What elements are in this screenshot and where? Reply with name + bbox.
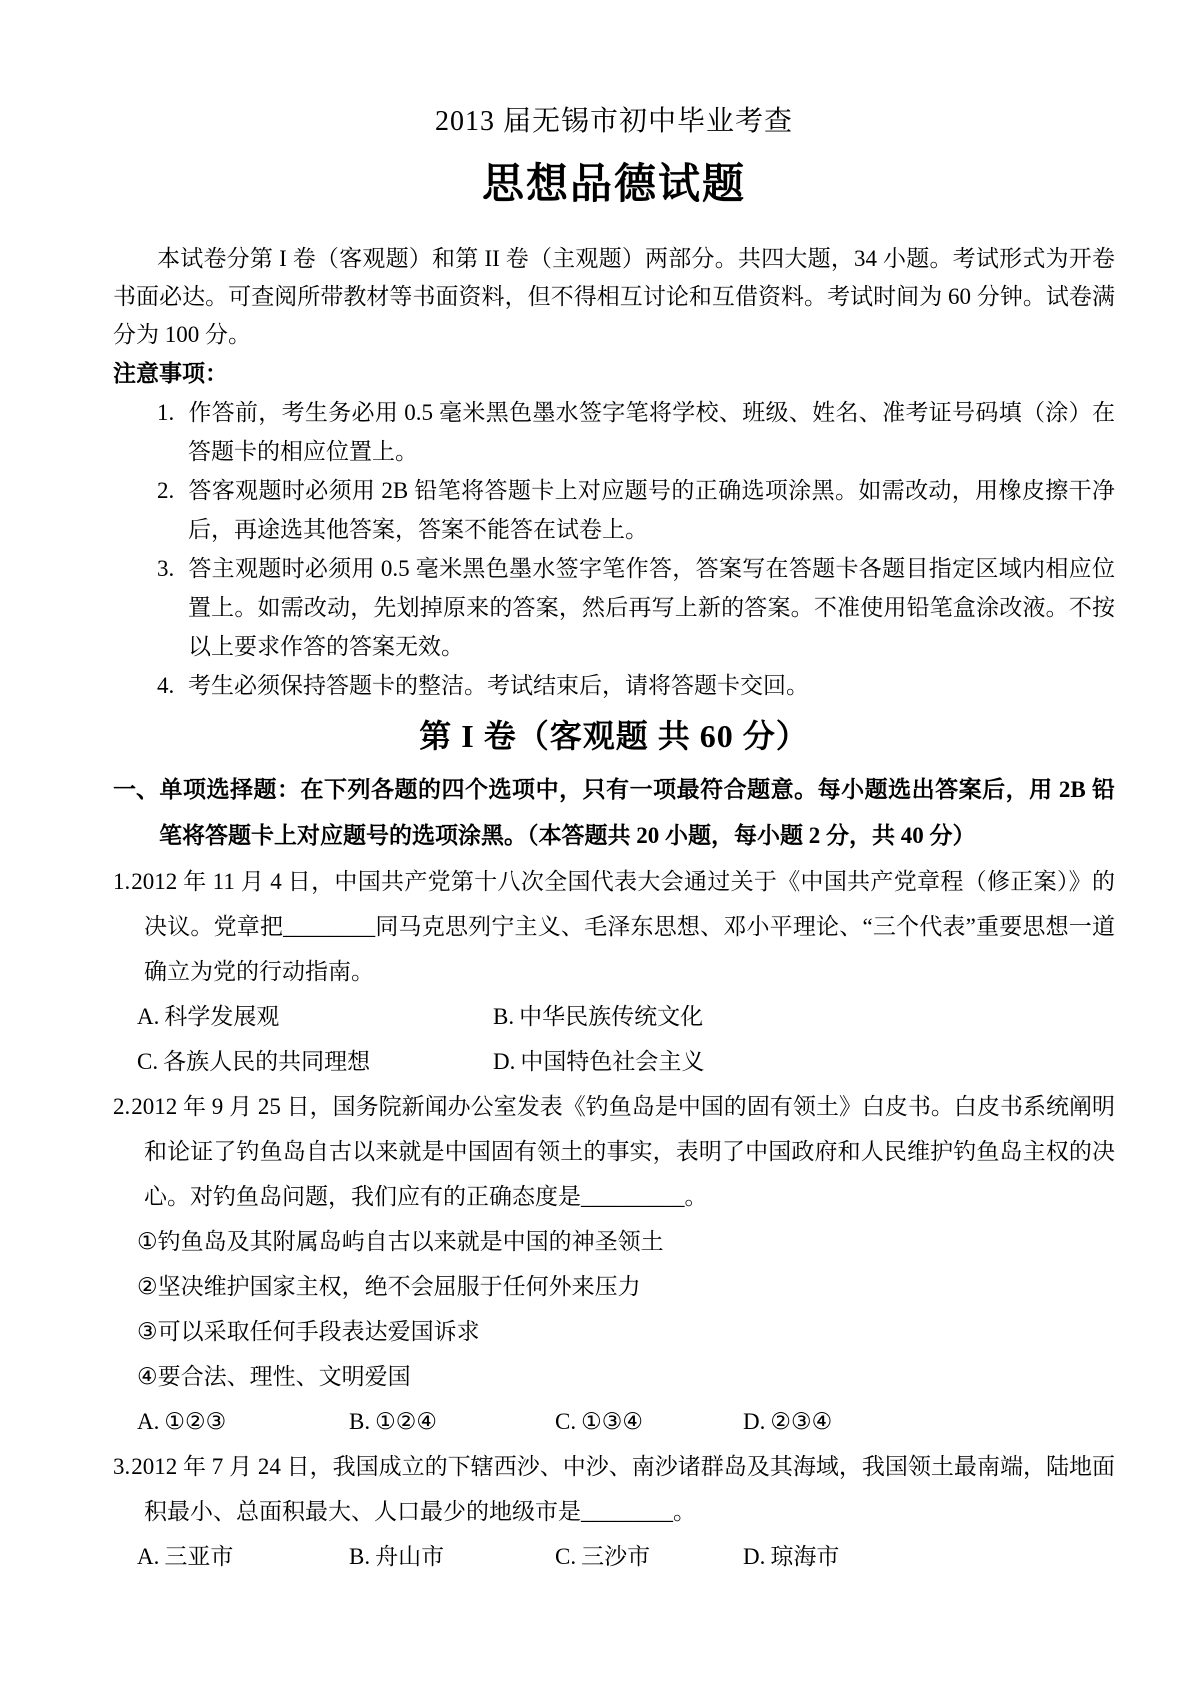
question-1-stem-text: 2012 年 11 月 4 日，中国共产党第十八次全国代表大会通过关于《中国共产… [131,869,1115,984]
question-2-option-c-text: ①③④ [581,1409,643,1434]
question-2-option-d-text: ②③④ [770,1409,832,1434]
exam-paper-page: 2013 届无锡市初中毕业考查 思想品德试题 本试卷分第 I 卷（客观题）和第 … [0,0,1200,1698]
note-item-3-text: 答主观题时必须用 0.5 毫米黑色墨水签字笔作答，答案写在答题卡各题目指定区域内… [188,556,1115,659]
question-3-option-b-label: B. [349,1544,370,1569]
question-2-stem: 2.2012 年 9 月 25 日，国务院新闻办公室发表《钓鱼岛是中国的固有领土… [113,1084,1115,1219]
note-item-2-number: 2. [157,471,188,510]
question-3-option-c-label: C. [555,1544,576,1569]
question-1-number: 1. [113,869,131,894]
question-1-option-d-label: D. [493,1049,515,1074]
question-1-option-b-text: 中华民族传统文化 [519,1004,703,1029]
question-3-option-a-label: A. [137,1544,159,1569]
question-1-option-b-label: B. [493,1004,514,1029]
question-3-option-c-text: 三沙市 [581,1544,650,1569]
question-3-stem: 3.2012 年 7 月 24 日，我国成立的下辖西沙、中沙、南沙诸群岛及其海域… [113,1444,1115,1534]
question-2-option-b-label: B. [349,1409,370,1434]
question-3: 3.2012 年 7 月 24 日，我国成立的下辖西沙、中沙、南沙诸群岛及其海域… [113,1444,1115,1579]
paper-title: 思想品德试题 [113,158,1115,212]
question-1-option-c-text: 各族人民的共同理想 [163,1049,370,1074]
note-item-4: 4.考生必须保持答题卡的整洁。考试结束后，请将答题卡交回。 [113,666,1115,705]
question-2-stem-text: 2012 年 9 月 25 日，国务院新闻办公室发表《钓鱼岛是中国的固有领土》白… [131,1094,1115,1209]
question-3-option-a: A.三亚市 [137,1534,349,1579]
question-1-option-b: B.中华民族传统文化 [493,994,703,1039]
question-1-options-row-2: C.各族人民的共同理想 D.中国特色社会主义 [113,1039,1115,1084]
question-2-option-a: A.①②③ [137,1399,349,1444]
question-1: 1.2012 年 11 月 4 日，中国共产党第十八次全国代表大会通过关于《中国… [113,859,1115,1084]
question-3-stem-text: 2012 年 7 月 24 日，我国成立的下辖西沙、中沙、南沙诸群岛及其海域，我… [131,1454,1115,1524]
question-1-options-row-1: A.科学发展观 B.中华民族传统文化 [113,994,1115,1039]
note-item-4-number: 4. [157,666,188,705]
question-3-option-d: D.琼海市 [743,1534,839,1579]
question-1-stem: 1.2012 年 11 月 4 日，中国共产党第十八次全国代表大会通过关于《中国… [113,859,1115,994]
question-2-statement-4: ④要合法、理性、文明爱国 [113,1354,1115,1399]
note-item-1-number: 1. [157,393,188,432]
question-2-option-a-text: ①②③ [164,1409,226,1434]
question-3-option-a-text: 三亚市 [164,1544,233,1569]
question-2-option-c-label: C. [555,1409,576,1434]
question-1-option-a-label: A. [137,1004,159,1029]
question-1-option-d-text: 中国特色社会主义 [520,1049,704,1074]
note-item-3-number: 3. [157,549,188,588]
note-item-1-text: 作答前，考生务必用 0.5 毫米黑色墨水签字笔将学校、班级、姓名、准考证号码填（… [188,400,1115,464]
question-3-option-d-label: D. [743,1544,765,1569]
question-1-option-c-label: C. [137,1049,158,1074]
question-2-option-b-text: ①②④ [375,1409,437,1434]
question-3-number: 3. [113,1454,131,1479]
question-2-number: 2. [113,1094,131,1119]
question-3-options-row: A.三亚市 B.舟山市 C.三沙市 D.琼海市 [113,1534,1115,1579]
question-1-option-c: C.各族人民的共同理想 [137,1039,493,1084]
question-2-option-b: B.①②④ [349,1399,555,1444]
paper-description: 本试卷分第 I 卷（客观题）和第 II 卷（主观题）两部分。共四大题，34 小题… [113,240,1115,354]
question-2-option-d: D.②③④ [743,1399,832,1444]
multiple-choice-instruction-text: 单项选择题：在下列各题的四个选项中，只有一项最符合题意。每小题选出答案后，用 2… [159,777,1115,848]
note-item-2: 2.答客观题时必须用 2B 铅笔将答题卡上对应题号的正确选项涂黑。如需改动，用橡… [113,471,1115,549]
question-1-option-a: A.科学发展观 [137,994,493,1039]
notes-heading: 注意事项： [113,354,1115,393]
question-2-statement-3: ③可以采取任何手段表达爱国诉求 [113,1309,1115,1354]
note-item-3: 3.答主观题时必须用 0.5 毫米黑色墨水签字笔作答，答案写在答题卡各题目指定区… [113,549,1115,666]
question-2-option-c: C.①③④ [555,1399,743,1444]
question-2-statement-1: ①钓鱼岛及其附属岛屿自古以来就是中国的神圣领土 [113,1219,1115,1264]
note-item-4-text: 考生必须保持答题卡的整洁。考试结束后，请将答题卡交回。 [188,673,809,698]
note-item-1: 1.作答前，考生务必用 0.5 毫米黑色墨水签字笔将学校、班级、姓名、准考证号码… [113,393,1115,471]
question-2-option-a-label: A. [137,1409,159,1434]
exam-session-title: 2013 届无锡市初中毕业考查 [113,104,1115,140]
multiple-choice-instruction-number: 一、 [113,767,159,813]
question-2-options-row: A.①②③ B.①②④ C.①③④ D.②③④ [113,1399,1115,1444]
question-2-option-d-label: D. [743,1409,765,1434]
note-item-2-text: 答客观题时必须用 2B 铅笔将答题卡上对应题号的正确选项涂黑。如需改动，用橡皮擦… [188,478,1115,542]
question-2-statement-2: ②坚决维护国家主权，绝不会屈服于任何外来压力 [113,1264,1115,1309]
question-3-option-d-text: 琼海市 [770,1544,839,1569]
question-3-option-b-text: 舟山市 [375,1544,444,1569]
question-2: 2.2012 年 9 月 25 日，国务院新闻办公室发表《钓鱼岛是中国的固有领土… [113,1084,1115,1444]
question-1-option-d: D.中国特色社会主义 [493,1039,704,1084]
section-1-heading: 第 I 卷（客观题 共 60 分） [113,713,1115,759]
question-1-option-a-text: 科学发展观 [164,1004,279,1029]
multiple-choice-instruction: 一、单项选择题：在下列各题的四个选项中，只有一项最符合题意。每小题选出答案后，用… [113,767,1115,859]
question-3-option-b: B.舟山市 [349,1534,555,1579]
question-3-option-c: C.三沙市 [555,1534,743,1579]
